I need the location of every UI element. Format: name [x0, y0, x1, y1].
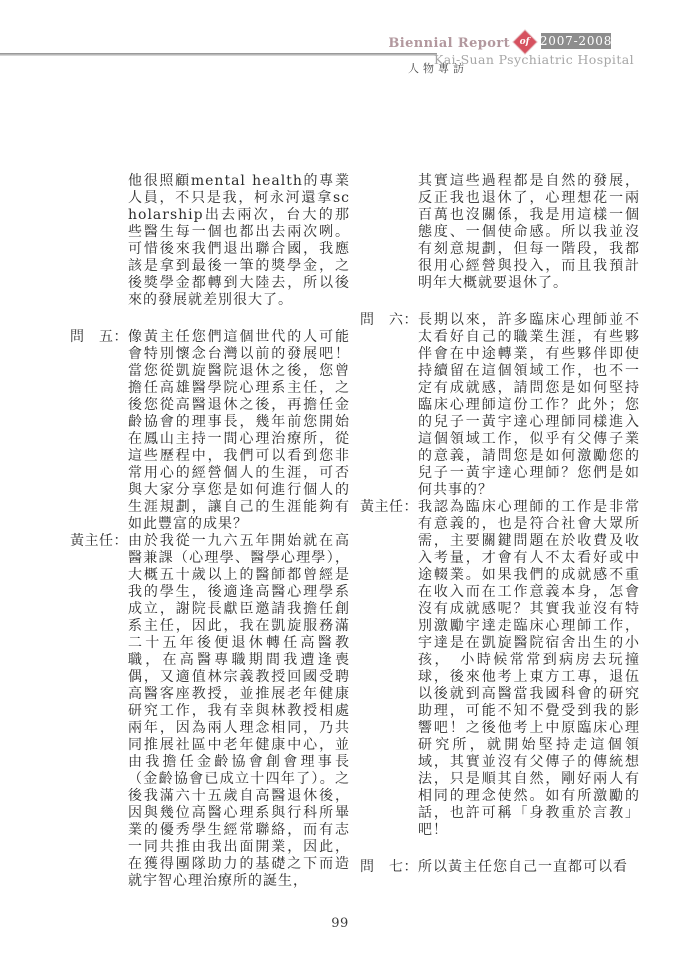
speaker-name: 問	[360, 859, 375, 876]
right-column: 其實這些過程都是自然的發展，反正我也退休了，心理想花一兩百萬也沒關係，我是用這樣…	[360, 173, 640, 876]
speaker-label: 黃主任：	[360, 499, 418, 516]
qa-text: 我認為臨床心理師的工作是非常有意義的，也是符合社會大眾所需，主要關鍵問題在於收費…	[418, 499, 640, 839]
qa-block: 黃主任：由於我從一九六五年開始就在高醫兼課（心理學、醫學心理學），大概五十歲以上…	[70, 533, 350, 890]
qa-text: 像黃主任您們這個世代的人可能會特別懷念台灣以前的發展吧！當您從凱旋醫院退休之後，…	[128, 329, 350, 533]
speaker-name: 問	[70, 329, 85, 346]
of-label: of	[520, 38, 530, 47]
speaker-name: 黃主任：	[360, 499, 418, 516]
qa-block: 他很照顧mental health的專業人員，不只是我，柯永河還拿scholar…	[70, 173, 350, 309]
section-label: 人物專訪	[408, 60, 468, 76]
speaker-name: 問	[360, 312, 375, 329]
left-column: 他很照顧mental health的專業人員，不只是我，柯永河還拿scholar…	[70, 173, 350, 890]
speaker-name: 黃主任：	[70, 533, 128, 550]
report-title: Biennial Report	[388, 36, 510, 51]
qa-text: 其實這些過程都是自然的發展，反正我也退休了，心理想花一兩百萬也沒關係，我是用這樣…	[418, 173, 640, 292]
page-number: 99	[0, 916, 680, 931]
of-diamond-badge: of	[514, 31, 537, 54]
qa-block: 黃主任：我認為臨床心理師的工作是非常有意義的，也是符合社會大眾所需，主要關鍵問題…	[360, 499, 640, 839]
question-number: 五：	[99, 329, 128, 346]
speaker-label: 黃主任：	[70, 533, 128, 550]
qa-block: 問七：所以黃主任您自己一直都可以看	[360, 859, 640, 876]
question-number: 七：	[389, 859, 418, 876]
speaker-label: 問六：	[360, 312, 418, 329]
question-number: 六：	[389, 312, 418, 329]
qa-block: 問六：長期以來，許多臨床心理師並不太看好自己的職業生涯，有些夥伴會在中途轉業，有…	[360, 312, 640, 499]
speaker-label: 問五：	[70, 329, 128, 346]
qa-block: 問五：像黃主任您們這個世代的人可能會特別懷念台灣以前的發展吧！當您從凱旋醫院退休…	[70, 329, 350, 533]
header-divider-line	[0, 53, 437, 56]
document-page: Biennial Report of 2007-2008 Kai-Suan Ps…	[0, 0, 680, 954]
qa-text: 由於我從一九六五年開始就在高醫兼課（心理學、醫學心理學），大概五十歲以上的醫師都…	[128, 533, 350, 890]
speaker-label: 問七：	[360, 859, 418, 876]
qa-text: 長期以來，許多臨床心理師並不太看好自己的職業生涯，有些夥伴會在中途轉業，有些夥伴…	[418, 312, 640, 499]
report-years-badge: 2007-2008	[541, 33, 611, 49]
qa-text: 所以黃主任您自己一直都可以看	[418, 859, 640, 876]
qa-block: 其實這些過程都是自然的發展，反正我也退休了，心理想花一兩百萬也沒關係，我是用這樣…	[360, 173, 640, 292]
qa-text: 他很照顧mental health的專業人員，不只是我，柯永河還拿scholar…	[128, 173, 350, 309]
